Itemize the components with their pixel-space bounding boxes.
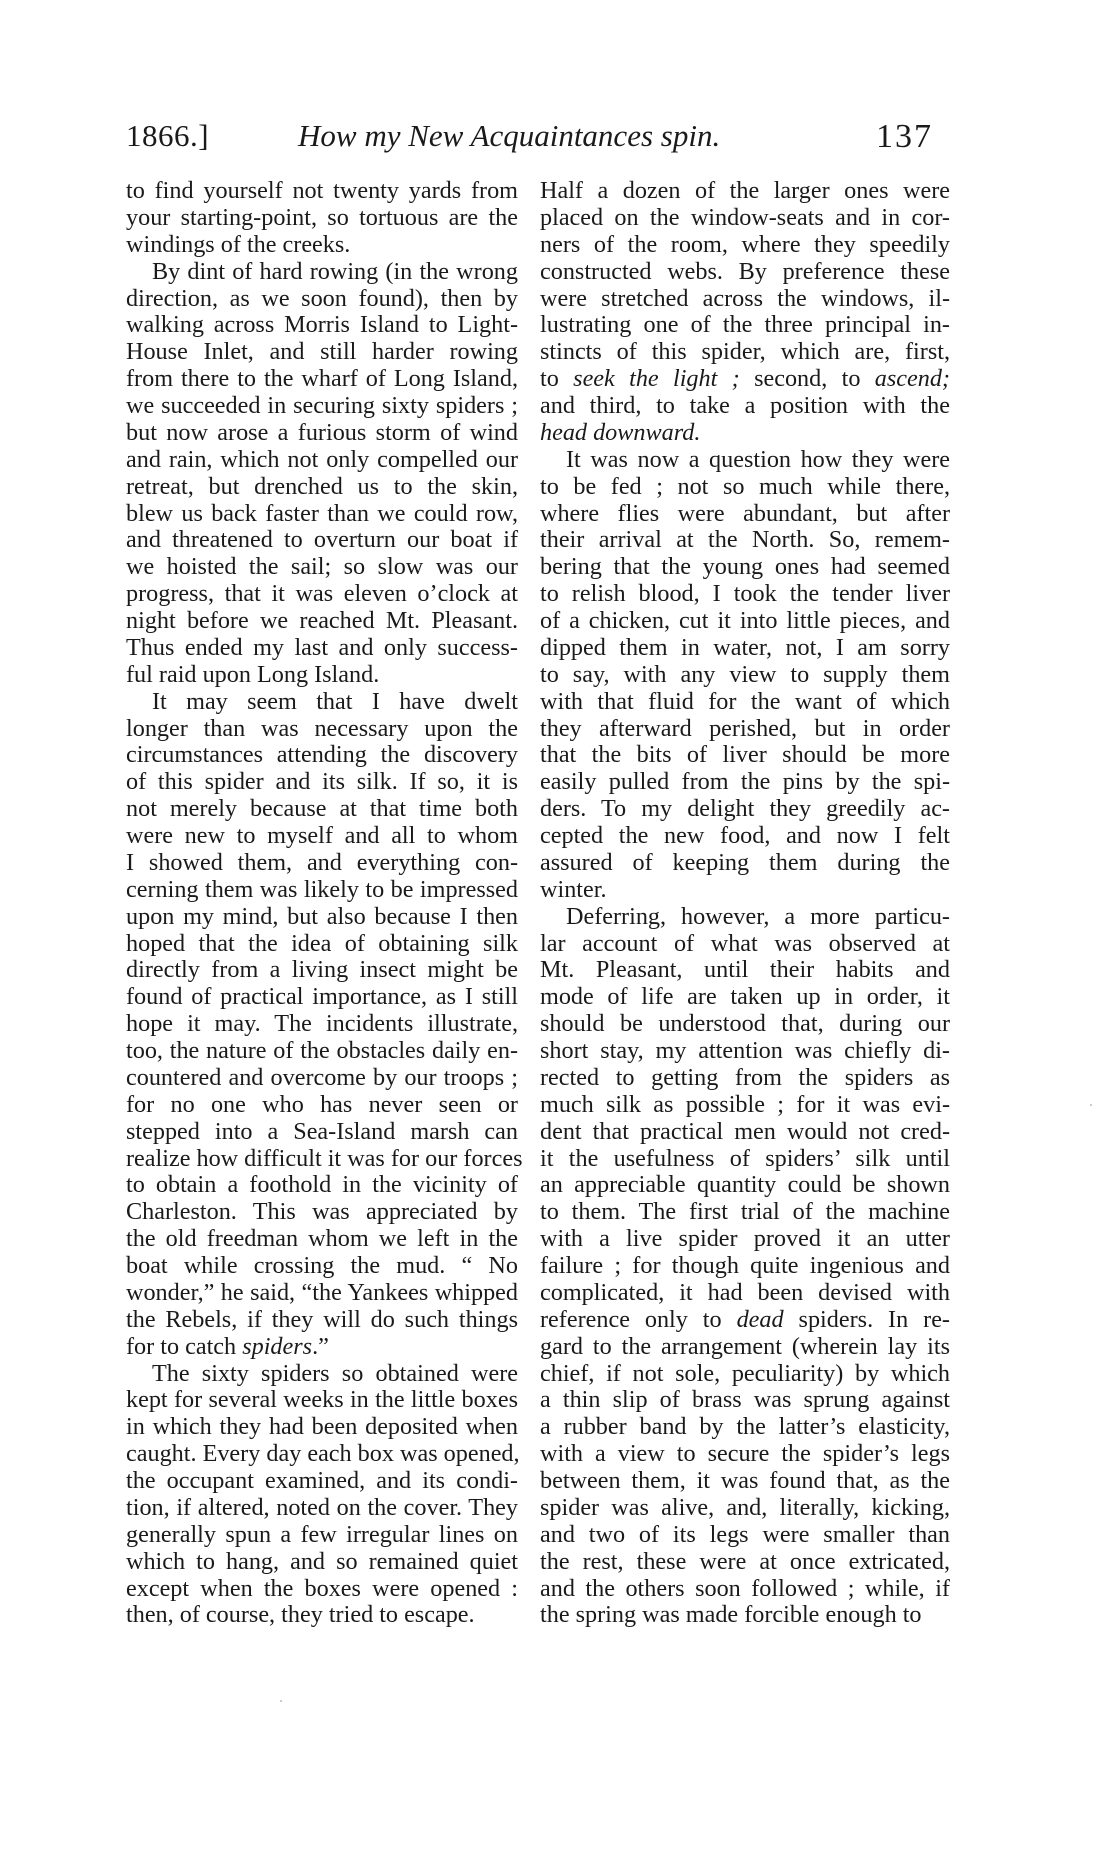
text-line: ful raid upon Long Island. (126, 662, 518, 689)
text-line: of this spider and its silk. If so, it i… (126, 769, 518, 796)
text-line: I showed them, and everything con- (126, 850, 518, 877)
text-line: It was now a question how they were (540, 447, 950, 474)
text-line: to them. The first trial of the machine (540, 1199, 950, 1226)
italic-text: ascend; (875, 365, 950, 392)
text-line: except when the boxes were opened : (126, 1576, 518, 1603)
text-line: should be understood that, during our (540, 1011, 950, 1038)
text-line: with that fluid for the want of which (540, 689, 950, 716)
text-line: too, the nature of the obstacles daily e… (126, 1038, 518, 1065)
text-line: easily pulled from the pins by the spi- (540, 769, 950, 796)
text-fragment: for to catch (126, 1333, 242, 1360)
text-line: walking across Morris Island to Light- (126, 312, 518, 339)
text-line: to be fed ; not so much while there, (540, 474, 950, 501)
text-line: blew us back faster than we could row, (126, 501, 518, 528)
text-line: the rest, these were at once extricated, (540, 1549, 950, 1576)
text-line: realize how difficult it was for our for… (126, 1146, 518, 1173)
text-line: to say, with any view to supply them (540, 662, 950, 689)
text-line: dipped them in water, not, I am sorry (540, 635, 950, 662)
text-line: were new to myself and all to whom (126, 823, 518, 850)
text-line: the occupant examined, and its condi- (126, 1468, 518, 1495)
text-line: to obtain a foothold in the vicinity of (126, 1172, 518, 1199)
text-line: and rain, which not only compelled our (126, 447, 518, 474)
text-line: the spring was made forcible enough to (540, 1602, 950, 1629)
text-line: the old freedman whom we left in the (126, 1226, 518, 1253)
text-line: with a view to secure the spider’s legs (540, 1441, 950, 1468)
text-line: then, of course, they tried to escape. (126, 1602, 518, 1629)
text-line: caught. Every day each box was opened, (126, 1441, 518, 1468)
text-line: that the bits of liver should be more (540, 742, 950, 769)
text-line: windings of the creeks. (126, 232, 518, 259)
text-line: upon my mind, but also because I then (126, 904, 518, 931)
text-line: constructed webs. By preference these (540, 259, 950, 286)
text-line: House Inlet, and still harder rowing (126, 339, 518, 366)
text-line: progress, that it was eleven o’clock at (126, 581, 518, 608)
text-line: which to hang, and so remained quiet (126, 1549, 518, 1576)
running-head: 1866.] How my New Acquaintances spin. 13… (126, 118, 1112, 164)
text-line: placed on the window-seats and in cor- (540, 205, 950, 232)
text-line: and threatened to overturn our boat if (126, 527, 518, 554)
text-fragment: second, to (740, 365, 875, 392)
text-line: By dint of hard rowing (in the wrong (126, 259, 518, 286)
text-line: ners of the room, where they speedily (540, 232, 950, 259)
text-line: rected to getting from the spiders as (540, 1065, 950, 1092)
text-line: your starting-point, so tortuous are the (126, 205, 518, 232)
text-line: and the others soon followed ; while, if (540, 1576, 950, 1603)
text-line: found of practical importance, as I stil… (126, 984, 518, 1011)
text-line: Half a dozen of the larger ones were (540, 178, 950, 205)
text-line: in which they had been deposited when (126, 1414, 518, 1441)
text-line: but now arose a furious storm of wind (126, 420, 518, 447)
text-line: were stretched across the windows, il- (540, 286, 950, 313)
text-line: and third, to take a position with the (540, 393, 950, 420)
text-line: reference only to dead spiders. In re- (540, 1307, 950, 1334)
text-line: Deferring, however, a more particu- (540, 904, 950, 931)
text-line: lustrating one of the three principal in… (540, 312, 950, 339)
text-line: longer than was necessary upon the (126, 716, 518, 743)
text-line: directly from a living insect might be (126, 957, 518, 984)
left-text-column: to find yourself not twenty yards fromyo… (126, 178, 518, 1629)
text-fragment: reference only to (540, 1306, 737, 1333)
right-text-column: Half a dozen of the larger ones wereplac… (540, 178, 950, 1629)
text-line: ders. To my delight they greedily ac- (540, 796, 950, 823)
scanned-book-page: 1866.] How my New Acquaintances spin. 13… (0, 0, 1112, 1850)
running-head-year: 1866.] (126, 118, 209, 154)
text-line: assured of keeping them during the (540, 850, 950, 877)
text-line: cerning them was likely to be impressed (126, 877, 518, 904)
text-line: mode of life are taken up in order, it (540, 984, 950, 1011)
text-line: cepted the new food, and now I felt (540, 823, 950, 850)
italic-text: head downward. (540, 419, 700, 446)
text-line: their arrival at the North. So, remem- (540, 527, 950, 554)
text-line: spider was alive, and, literally, kickin… (540, 1495, 950, 1522)
text-line: hoped that the idea of obtaining silk (126, 931, 518, 958)
text-line: gard to the arrangement (wherein lay its (540, 1334, 950, 1361)
text-line: tion, if altered, noted on the cover. Th… (126, 1495, 518, 1522)
text-line: from there to the wharf of Long Island, (126, 366, 518, 393)
text-fragment: .” (312, 1333, 329, 1360)
text-line: where flies were abundant, but after (540, 501, 950, 528)
text-line: generally spun a few irregular lines on (126, 1522, 518, 1549)
text-line: countered and overcome by our troops ; (126, 1065, 518, 1092)
text-line: Thus ended my last and only success- (126, 635, 518, 662)
text-line: a rubber band by the latter’s elasticity… (540, 1414, 950, 1441)
text-line: kept for several weeks in the little box… (126, 1387, 518, 1414)
text-line: boat while crossing the mud. “ No (126, 1253, 518, 1280)
text-line: night before we reached Mt. Pleasant. (126, 608, 518, 635)
text-line: bering that the young ones had seemed (540, 554, 950, 581)
text-line: and two of its legs were smaller than (540, 1522, 950, 1549)
text-line: a thin slip of brass was sprung against (540, 1387, 950, 1414)
page-number: 137 (876, 118, 933, 156)
text-line: between them, it was found that, as the (540, 1468, 950, 1495)
text-line: dent that practical men would not cred- (540, 1119, 950, 1146)
text-line: an appreciable quantity could be shown (540, 1172, 950, 1199)
text-line: the Rebels, if they will do such things (126, 1307, 518, 1334)
text-line: it the usefulness of spiders’ silk until (540, 1146, 950, 1173)
text-line: to find yourself not twenty yards from (126, 178, 518, 205)
text-line: circumstances attending the discovery (126, 742, 518, 769)
text-line: of a chicken, cut it into little pieces,… (540, 608, 950, 635)
text-line: to relish blood, I took the tender liver (540, 581, 950, 608)
text-line: head downward. (540, 420, 950, 447)
text-line: we hoisted the sail; so slow was our (126, 554, 518, 581)
text-line: direction, as we soon found), then by (126, 286, 518, 313)
text-line: wonder,” he said, “the Yankees whipped (126, 1280, 518, 1307)
text-line: Charleston. This was appreciated by (126, 1199, 518, 1226)
text-line: complicated, it had been devised with (540, 1280, 950, 1307)
scan-speck (1090, 1104, 1092, 1106)
text-line: chief, if not sole, peculiarity) by whic… (540, 1361, 950, 1388)
text-line: much silk as possible ; for it was evi- (540, 1092, 950, 1119)
running-head-title: How my New Acquaintances spin. (298, 118, 720, 154)
text-line: not merely because at that time both (126, 796, 518, 823)
italic-text: spiders (242, 1333, 312, 1360)
text-line: failure ; for though quite ingenious and (540, 1253, 950, 1280)
text-line: for to catch spiders.” (126, 1334, 518, 1361)
scan-speck (280, 1700, 282, 1702)
text-line: for no one who has never seen or (126, 1092, 518, 1119)
text-fragment: spiders. In re- (784, 1306, 950, 1333)
text-line: stepped into a Sea-Island marsh can (126, 1119, 518, 1146)
text-line: The sixty spiders so obtained were (126, 1361, 518, 1388)
italic-text: seek the light ; (573, 365, 740, 392)
text-line: we succeeded in securing sixty spiders ; (126, 393, 518, 420)
text-line: winter. (540, 877, 950, 904)
text-line: short stay, my attention was chiefly di- (540, 1038, 950, 1065)
text-line: they afterward perished, but in order (540, 716, 950, 743)
text-fragment: to (540, 365, 573, 392)
text-line: lar account of what was observed at (540, 931, 950, 958)
text-line: hope it may. The incidents illustrate, (126, 1011, 518, 1038)
text-line: stincts of this spider, which are, first… (540, 339, 950, 366)
text-line: with a live spider proved it an utter (540, 1226, 950, 1253)
text-line: It may seem that I have dwelt (126, 689, 518, 716)
text-line: to seek the light ; second, to ascend; (540, 366, 950, 393)
text-line: retreat, but drenched us to the skin, (126, 474, 518, 501)
italic-text: dead (737, 1306, 784, 1333)
text-line: Mt. Pleasant, until their habits and (540, 957, 950, 984)
